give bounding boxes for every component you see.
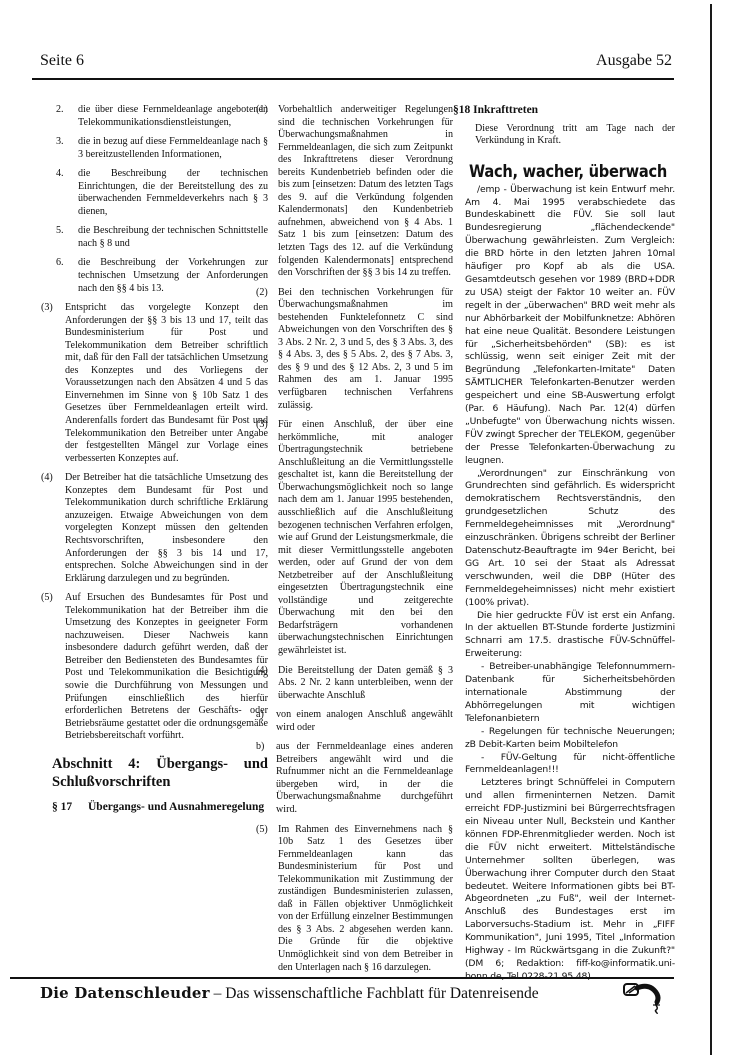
paragraph-3: (3) Entspricht das vorgelegte Konzept de… xyxy=(41,302,268,465)
paragraph-2: (2) Bei den technischen Vorkehrungen für… xyxy=(256,287,453,412)
paragraph-17-heading: § 17Übergangs- und Ausnahmeregelung xyxy=(52,800,268,814)
list-item: 5. die Beschreibung der technischen Schn… xyxy=(56,225,268,250)
footer-tagline: – Das wissenschaftliche Fachblatt für Da… xyxy=(210,985,539,1002)
article-paragraph: „Verordnungen" zur Einschränkung von Gru… xyxy=(465,468,675,610)
issue-number: Ausgabe 52 xyxy=(596,52,672,70)
paragraph-1: (1) Vorbehaltlich anderweitiger Regelung… xyxy=(256,104,453,280)
list-item: 2. die über diese Fernmeldeanlage angebo… xyxy=(56,104,268,129)
column-middle: (1) Vorbehaltlich anderweitiger Regelung… xyxy=(256,104,453,981)
list-item: 4. die Beschreibung der technischen Einr… xyxy=(56,168,268,218)
column-right: §18 Inkrafttreten Diese Verordnung tritt… xyxy=(465,104,675,984)
article-paragraph: Die hier gedruckte FÜV ist erst ein Anfa… xyxy=(465,610,675,662)
header-rule xyxy=(32,78,674,80)
page-edge-line xyxy=(710,4,712,1055)
article-paragraph: Letzteres bringt Schnüffelei in Computer… xyxy=(465,777,675,984)
article-body: /emp - Überwachung ist kein Entwurf mehr… xyxy=(465,184,675,984)
column-left: 2. die über diese Fernmeldeanlage angebo… xyxy=(56,104,268,814)
subitem-a: a) von einem analogen Anschluß angewählt… xyxy=(256,709,453,734)
page-footer: Die Datenschleuder – Das wissenschaftlic… xyxy=(40,984,539,1003)
section-heading: Abschnitt 4: Übergangs- und Schlußvorsch… xyxy=(52,755,268,791)
datenschleuder-logo-icon xyxy=(622,980,668,1014)
magazine-name: Die Datenschleuder xyxy=(40,984,210,1002)
article-bullet: - Betreiber-unabhängige Telefonnummern-D… xyxy=(465,661,675,726)
footer-rule xyxy=(10,977,674,979)
list-item: 3. die in bezug auf diese Fernmeldeanlag… xyxy=(56,136,268,161)
article-bullet: - FÜV-Geltung für nicht-öffentliche Fern… xyxy=(465,752,675,778)
paragraph-5: (5) Im Rahmen des Einvernehmens nach § 1… xyxy=(256,824,453,975)
paragraph-5: (5) Auf Ersuchen des Bundesamtes für Pos… xyxy=(41,592,268,743)
article-bullet: - Regelungen für technische Neuerungen; … xyxy=(465,726,675,752)
paragraph-18-text: Diese Verordnung tritt am Tage nach der … xyxy=(465,123,675,148)
paragraph-4: (4) Die Bereitstellung der Daten gemäß §… xyxy=(256,665,453,703)
subitem-b: b) aus der Fernmeldeanlage eines anderen… xyxy=(256,741,453,816)
list-item: 6. die Beschreibung der Vorkehrungen zur… xyxy=(56,257,268,295)
article-paragraph: /emp - Überwachung ist kein Entwurf mehr… xyxy=(465,184,675,468)
page-number: Seite 6 xyxy=(40,52,84,70)
page-header: Seite 6 Ausgabe 52 xyxy=(40,52,672,74)
paragraph-3: (3) Für einen Anschluß, der über eine he… xyxy=(256,419,453,657)
article-title: Wach, wacher, überwach xyxy=(469,162,646,182)
paragraph-4: (4) Der Betreiber hat die tatsächliche U… xyxy=(41,472,268,585)
paragraph-18-heading: §18 Inkrafttreten xyxy=(453,104,675,117)
